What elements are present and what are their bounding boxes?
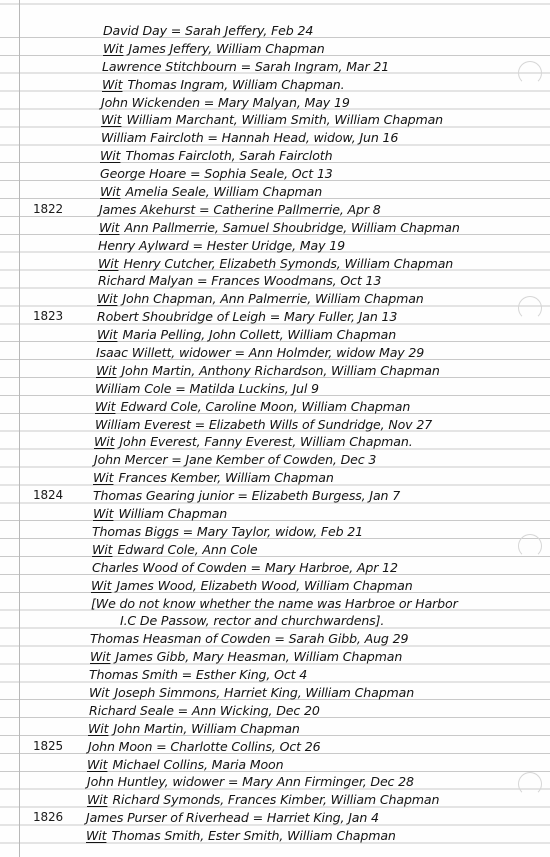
witness-prefix: Wit xyxy=(100,184,120,199)
entry-text: William Faircloth = Hannah Head, widow, … xyxy=(101,129,398,147)
register-line: I.C De Passow, rector and churchwardens]… xyxy=(0,612,550,630)
entry-body: John Moon = Charlotte Collins, Oct 26 xyxy=(88,739,321,754)
entry-body: Henry Aylward = Hester Uridge, May 19 xyxy=(98,238,345,253)
witness-prefix: Wit xyxy=(97,327,117,342)
register-entries: David Day = Sarah Jeffery, Feb 24 WitJam… xyxy=(0,22,550,845)
register-line: Richard Seale = Ann Wicking, Dec 20 xyxy=(0,702,550,720)
entry-text: WitFrances Kember, William Chapman xyxy=(93,469,334,487)
entry-text: John Huntley, widower = Mary Ann Firming… xyxy=(87,773,414,791)
register-line: John Wickenden = Mary Malyan, May 19 xyxy=(0,94,550,112)
entry-text: WitWilliam Chapman xyxy=(93,505,227,523)
witness-prefix: Wit xyxy=(94,434,114,449)
entry-text: William Everest = Elizabeth Wills of Sun… xyxy=(95,416,432,434)
entry-text: WitAnn Pallmerrie, Samuel Shoubridge, Wi… xyxy=(99,219,460,237)
entry-text: William Cole = Matilda Luckins, Jul 9 xyxy=(95,380,319,398)
entry-body: William Marchant, William Smith, William… xyxy=(126,112,443,127)
notebook-page: David Day = Sarah Jeffery, Feb 24 WitJam… xyxy=(0,0,550,857)
entry-text: WitJohn Chapman, Ann Palmerrie, William … xyxy=(97,290,424,308)
register-line: WitThomas Ingram, William Chapman. xyxy=(0,76,550,94)
register-line: WitThomas Smith, Ester Smith, William Ch… xyxy=(0,827,550,845)
register-line: Isaac Willett, widower = Ann Holmder, wi… xyxy=(0,344,550,362)
register-line: WitAmelia Seale, William Chapman xyxy=(0,183,550,201)
entry-body: Richard Seale = Ann Wicking, Dec 20 xyxy=(89,703,320,718)
entry-body: George Hoare = Sophia Seale, Oct 13 xyxy=(100,166,333,181)
register-line: WitJohn Martin, Anthony Richardson, Will… xyxy=(0,362,550,380)
register-line: WitEdward Cole, Caroline Moon, William C… xyxy=(0,398,550,416)
entry-body: I.C De Passow, rector and churchwardens]… xyxy=(120,613,384,628)
entry-text: WitJames Wood, Elizabeth Wood, William C… xyxy=(91,577,413,595)
register-line: WitJames Jeffery, William Chapman xyxy=(0,40,550,58)
register-line: 1823 Robert Shoubridge of Leigh = Mary F… xyxy=(0,308,550,326)
entry-body: James Jeffery, William Chapman xyxy=(128,41,324,56)
entry-body: Richard Malyan = Frances Woodmans, Oct 1… xyxy=(98,273,381,288)
entry-text: WitRichard Symonds, Frances Kimber, Will… xyxy=(87,791,439,809)
entry-body: John Martin, Anthony Richardson, William… xyxy=(121,363,439,378)
entry-body: Thomas Smith = Esther King, Oct 4 xyxy=(89,667,307,682)
entry-text: I.C De Passow, rector and churchwardens]… xyxy=(120,612,384,630)
witness-prefix: Wit xyxy=(95,399,115,414)
register-line: John Mercer = Jane Kember of Cowden, Dec… xyxy=(0,451,550,469)
entry-body: Thomas Gearing junior = Elizabeth Burges… xyxy=(93,488,400,503)
entry-text: Henry Aylward = Hester Uridge, May 19 xyxy=(98,237,345,255)
entry-text: Thomas Biggs = Mary Taylor, widow, Feb 2… xyxy=(92,523,363,541)
witness-prefix: Wit xyxy=(89,685,109,700)
entry-body: Edward Cole, Caroline Moon, William Chap… xyxy=(120,399,410,414)
witness-prefix: Wit xyxy=(100,148,120,163)
entry-text: WitJames Gibb, Mary Heasman, William Cha… xyxy=(90,648,402,666)
entry-text: WitJames Jeffery, William Chapman xyxy=(103,40,325,58)
entry-text: Thomas Heasman of Cowden = Sarah Gibb, A… xyxy=(90,630,408,648)
witness-prefix: Wit xyxy=(93,506,113,521)
register-line: William Everest = Elizabeth Wills of Sun… xyxy=(0,416,550,434)
entry-text: Richard Seale = Ann Wicking, Dec 20 xyxy=(89,702,320,720)
entry-text: John Mercer = Jane Kember of Cowden, Dec… xyxy=(94,451,376,469)
year-label: 1822 xyxy=(33,201,63,219)
entry-body: Thomas Faircloth, Sarah Faircloth xyxy=(125,148,332,163)
entry-text: WitJohn Martin, William Chapman xyxy=(88,720,300,738)
register-line: George Hoare = Sophia Seale, Oct 13 xyxy=(0,165,550,183)
register-line: [We do not know whether the name was Har… xyxy=(0,595,550,613)
register-line: Richard Malyan = Frances Woodmans, Oct 1… xyxy=(0,272,550,290)
register-line: WitJames Wood, Elizabeth Wood, William C… xyxy=(0,577,550,595)
entry-body: James Wood, Elizabeth Wood, William Chap… xyxy=(116,578,412,593)
entry-body: William Faircloth = Hannah Head, widow, … xyxy=(101,130,398,145)
witness-prefix: Wit xyxy=(98,256,118,271)
entry-text: [We do not know whether the name was Har… xyxy=(91,595,458,613)
entry-body: John Mercer = Jane Kember of Cowden, Dec… xyxy=(94,452,376,467)
witness-prefix: Wit xyxy=(102,77,122,92)
register-line: 1824 Thomas Gearing junior = Elizabeth B… xyxy=(0,487,550,505)
witness-prefix: Wit xyxy=(87,792,107,807)
register-line: David Day = Sarah Jeffery, Feb 24 xyxy=(0,22,550,40)
register-line: WitFrances Kember, William Chapman xyxy=(0,469,550,487)
register-line: John Huntley, widower = Mary Ann Firming… xyxy=(0,773,550,791)
register-line: WitWilliam Chapman xyxy=(0,505,550,523)
entry-body: William Chapman xyxy=(118,506,227,521)
entry-text: WitJohn Martin, Anthony Richardson, Will… xyxy=(96,362,440,380)
register-line: WitEdward Cole, Ann Cole xyxy=(0,541,550,559)
entry-body: John Martin, William Chapman xyxy=(113,721,299,736)
entry-text: WitThomas Smith, Ester Smith, William Ch… xyxy=(86,827,396,845)
witness-prefix: Wit xyxy=(101,112,121,127)
entry-body: Thomas Ingram, William Chapman. xyxy=(127,77,344,92)
entry-text: Lawrence Stitchbourn = Sarah Ingram, Mar… xyxy=(102,58,389,76)
entry-text: David Day = Sarah Jeffery, Feb 24 xyxy=(103,22,313,40)
witness-prefix: Wit xyxy=(103,41,123,56)
entry-text: George Hoare = Sophia Seale, Oct 13 xyxy=(100,165,333,183)
entry-text: WitMaria Pelling, John Collett, William … xyxy=(97,326,396,344)
register-line: 1822 James Akehurst = Catherine Pallmerr… xyxy=(0,201,550,219)
register-line: Thomas Heasman of Cowden = Sarah Gibb, A… xyxy=(0,630,550,648)
register-line: Charles Wood of Cowden = Mary Harbroe, A… xyxy=(0,559,550,577)
entry-body: Amelia Seale, William Chapman xyxy=(125,184,322,199)
entry-body: James Gibb, Mary Heasman, William Chapma… xyxy=(115,649,402,664)
year-label: 1823 xyxy=(33,308,63,326)
entry-body: James Akehurst = Catherine Pallmerrie, A… xyxy=(99,202,381,217)
entry-text: WitJohn Everest, Fanny Everest, William … xyxy=(94,433,413,451)
entry-text: John Moon = Charlotte Collins, Oct 26 xyxy=(88,738,321,756)
register-line: WitAnn Pallmerrie, Samuel Shoubridge, Wi… xyxy=(0,219,550,237)
register-line: WitJohn Everest, Fanny Everest, William … xyxy=(0,433,550,451)
witness-prefix: Wit xyxy=(88,721,108,736)
entry-text: WitThomas Ingram, William Chapman. xyxy=(102,76,345,94)
register-line: WitWilliam Marchant, William Smith, Will… xyxy=(0,111,550,129)
entry-body: Thomas Heasman of Cowden = Sarah Gibb, A… xyxy=(90,631,408,646)
entry-text: John Wickenden = Mary Malyan, May 19 xyxy=(101,94,350,112)
entry-body: Robert Shoubridge of Leigh = Mary Fuller… xyxy=(97,309,397,324)
entry-text: Thomas Smith = Esther King, Oct 4 xyxy=(89,666,307,684)
entry-body: Michael Collins, Maria Moon xyxy=(112,757,283,772)
entry-text: Richard Malyan = Frances Woodmans, Oct 1… xyxy=(98,272,381,290)
register-line: 1826 James Purser of Riverhead = Harriet… xyxy=(0,809,550,827)
register-line: WitJoseph Simmons, Harriet King, William… xyxy=(0,684,550,702)
entry-body: Thomas Smith, Ester Smith, William Chapm… xyxy=(111,828,395,843)
entry-body: Isaac Willett, widower = Ann Holmder, wi… xyxy=(96,345,424,360)
witness-prefix: Wit xyxy=(91,578,111,593)
entry-text: WitHenry Cutcher, Elizabeth Symonds, Wil… xyxy=(98,255,453,273)
entry-body: Joseph Simmons, Harriet King, William Ch… xyxy=(114,685,414,700)
entry-body: John Everest, Fanny Everest, William Cha… xyxy=(119,434,412,449)
register-line: WitThomas Faircloth, Sarah Faircloth xyxy=(0,147,550,165)
entry-text: James Purser of Riverhead = Harriet King… xyxy=(86,809,379,827)
entry-body: Edward Cole, Ann Cole xyxy=(117,542,257,557)
entry-text: WitWilliam Marchant, William Smith, Will… xyxy=(101,111,443,129)
register-line: WitJames Gibb, Mary Heasman, William Cha… xyxy=(0,648,550,666)
witness-prefix: Wit xyxy=(93,470,113,485)
entry-body: Frances Kember, William Chapman xyxy=(118,470,333,485)
register-line: 1825 John Moon = Charlotte Collins, Oct … xyxy=(0,738,550,756)
entry-text: Thomas Gearing junior = Elizabeth Burges… xyxy=(93,487,400,505)
register-line: Thomas Smith = Esther King, Oct 4 xyxy=(0,666,550,684)
register-line: Henry Aylward = Hester Uridge, May 19 xyxy=(0,237,550,255)
entry-body: John Chapman, Ann Palmerrie, William Cha… xyxy=(122,291,423,306)
register-line: Thomas Biggs = Mary Taylor, widow, Feb 2… xyxy=(0,523,550,541)
witness-prefix: Wit xyxy=(97,291,117,306)
entry-body: Thomas Biggs = Mary Taylor, widow, Feb 2… xyxy=(92,524,363,539)
entry-body: Richard Symonds, Frances Kimber, William… xyxy=(112,792,439,807)
entry-body: [We do not know whether the name was Har… xyxy=(91,596,458,611)
witness-prefix: Wit xyxy=(87,757,107,772)
entry-body: Charles Wood of Cowden = Mary Harbroe, A… xyxy=(92,560,398,575)
register-line: WitMichael Collins, Maria Moon xyxy=(0,756,550,774)
year-label: 1826 xyxy=(33,809,63,827)
witness-prefix: Wit xyxy=(96,363,116,378)
entry-text: WitJoseph Simmons, Harriet King, William… xyxy=(89,684,414,702)
entry-text: WitMichael Collins, Maria Moon xyxy=(87,756,283,774)
entry-body: John Wickenden = Mary Malyan, May 19 xyxy=(101,95,350,110)
entry-body: James Purser of Riverhead = Harriet King… xyxy=(86,810,379,825)
year-label: 1825 xyxy=(33,738,63,756)
register-line: WitJohn Martin, William Chapman xyxy=(0,720,550,738)
entry-body: William Cole = Matilda Luckins, Jul 9 xyxy=(95,381,319,396)
witness-prefix: Wit xyxy=(99,220,119,235)
entry-text: WitThomas Faircloth, Sarah Faircloth xyxy=(100,147,332,165)
witness-prefix: Wit xyxy=(92,542,112,557)
entry-text: Robert Shoubridge of Leigh = Mary Fuller… xyxy=(97,308,397,326)
entry-text: James Akehurst = Catherine Pallmerrie, A… xyxy=(99,201,381,219)
entry-text: WitEdward Cole, Ann Cole xyxy=(92,541,258,559)
entry-text: Charles Wood of Cowden = Mary Harbroe, A… xyxy=(92,559,398,577)
register-line: WitJohn Chapman, Ann Palmerrie, William … xyxy=(0,290,550,308)
year-label: 1824 xyxy=(33,487,63,505)
register-line: WitMaria Pelling, John Collett, William … xyxy=(0,326,550,344)
entry-body: John Huntley, widower = Mary Ann Firming… xyxy=(87,774,414,789)
entry-body: Lawrence Stitchbourn = Sarah Ingram, Mar… xyxy=(102,59,389,74)
register-line: WitRichard Symonds, Frances Kimber, Will… xyxy=(0,791,550,809)
register-line: WitHenry Cutcher, Elizabeth Symonds, Wil… xyxy=(0,255,550,273)
entry-text: WitAmelia Seale, William Chapman xyxy=(100,183,322,201)
register-line: William Faircloth = Hannah Head, widow, … xyxy=(0,129,550,147)
witness-prefix: Wit xyxy=(90,649,110,664)
entry-body: William Everest = Elizabeth Wills of Sun… xyxy=(95,417,432,432)
witness-prefix: Wit xyxy=(86,828,106,843)
entry-body: Maria Pelling, John Collett, William Cha… xyxy=(122,327,396,342)
entry-text: Isaac Willett, widower = Ann Holmder, wi… xyxy=(96,344,424,362)
register-line: William Cole = Matilda Luckins, Jul 9 xyxy=(0,380,550,398)
entry-body: Ann Pallmerrie, Samuel Shoubridge, Willi… xyxy=(124,220,459,235)
register-line: Lawrence Stitchbourn = Sarah Ingram, Mar… xyxy=(0,58,550,76)
entry-body: Henry Cutcher, Elizabeth Symonds, Willia… xyxy=(123,256,453,271)
entry-body: David Day = Sarah Jeffery, Feb 24 xyxy=(103,23,313,38)
entry-text: WitEdward Cole, Caroline Moon, William C… xyxy=(95,398,410,416)
